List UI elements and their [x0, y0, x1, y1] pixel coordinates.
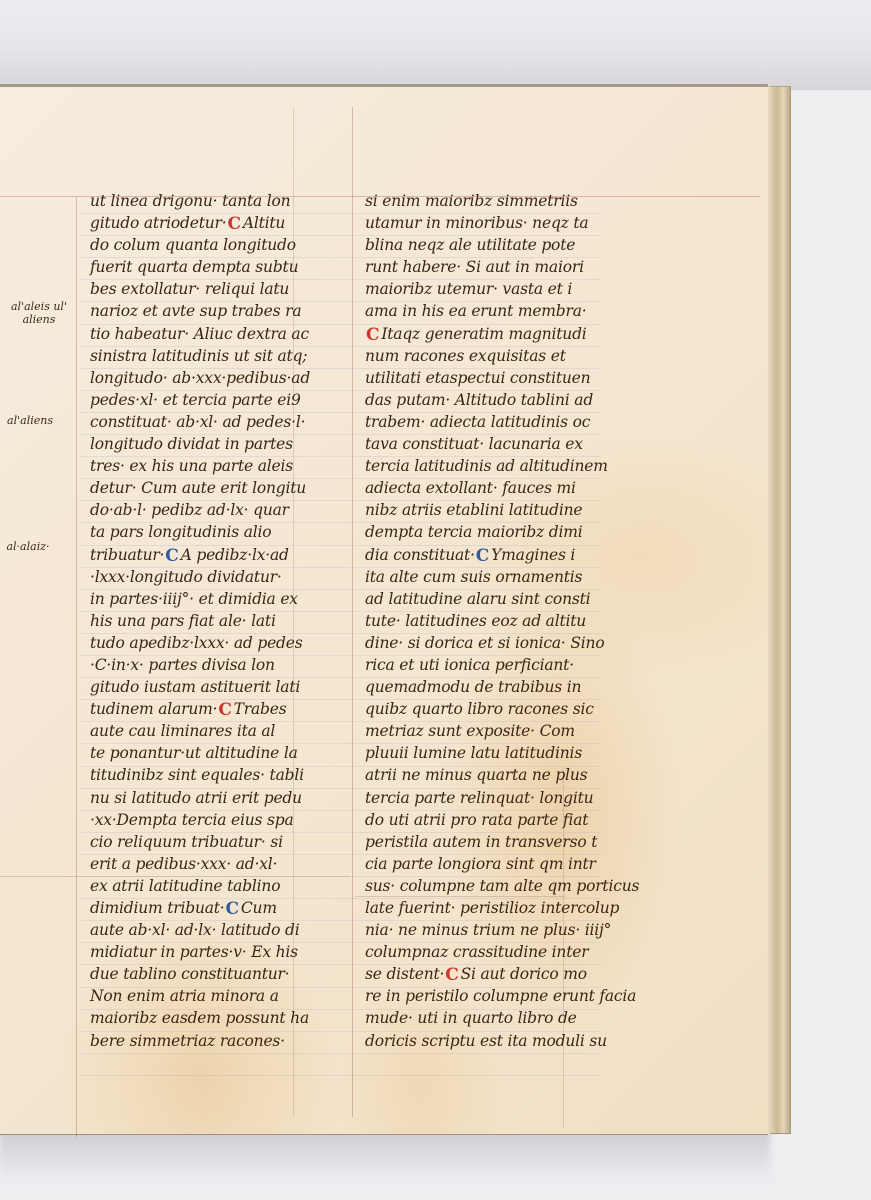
text-segment: ·lxxx·longitudo dividatur· [90, 568, 282, 586]
rubricated-initial-paragraph-mark: C [218, 699, 231, 721]
ruling-line-col2-left [352, 107, 353, 1117]
text-segment: nu si latitudo atrii erit pedu [90, 789, 302, 807]
text-segment: quibz quarto libro racones sic [365, 700, 594, 718]
text-line: late fuerint· peristilioz intercolup [365, 897, 600, 919]
text-line: utilitati etaspectui constituen [365, 367, 600, 389]
text-segment: dempta tercia maioribz dimi [365, 523, 582, 541]
text-segment: rica et uti ionica perficiant· [365, 656, 574, 674]
text-segment: in partes·iiij°· et dimidia ex [90, 590, 298, 608]
text-line: ta pars longitudinis alio [90, 521, 300, 543]
text-segment: tute· latitudines eoz ad altitu [365, 612, 586, 630]
text-segment: tribuatur· [90, 546, 164, 564]
text-segment: narioz et avte sup trabes ra [90, 302, 301, 320]
text-segment: longitudo· ab·xxx·pedibus·ad [90, 369, 310, 387]
text-segment: tercia latitudinis ad altitudinem [365, 457, 608, 475]
margin-note: al'aliens [0, 414, 60, 427]
text-line: detur· Cum aute erit longitu [90, 477, 300, 499]
text-line: sus· columpne tam alte qm porticus [365, 875, 600, 897]
text-line: nia· ne minus trium ne plus· iiij° [365, 919, 600, 941]
text-segment: quemadmodu de trabibus in [365, 678, 581, 696]
text-segment: ·C·in·x· partes divisa lon [90, 656, 275, 674]
text-line: dempta tercia maioribz dimi [365, 521, 600, 543]
text-line: dimidium tribuat·CCum [90, 897, 300, 919]
text-column-right: si enim maioribz simmetriisutamur in min… [365, 190, 600, 1052]
text-segment: Si aut dorico mo [461, 965, 587, 983]
text-segment: das putam· Altitudo tablini ad [365, 391, 593, 409]
text-segment: his una pars fiat ale· lati [90, 612, 276, 630]
text-line: ita alte cum suis ornamentis [365, 566, 600, 588]
text-segment: maioribz easdem possunt ha [90, 1009, 309, 1027]
text-segment: nibz atriis etablini latitudine [365, 501, 582, 519]
text-line: do colum quanta longitudo [90, 234, 300, 256]
margin-note-line: al'aliens [7, 414, 53, 427]
text-column-left: ut linea drigonu· tanta longitudo atriod… [90, 190, 300, 1052]
margin-note-line: al·alaiz· [6, 540, 49, 553]
rubricated-initial-paragraph-mark: C [476, 545, 489, 567]
text-segment: aute ab·xl· ad·lx· latitudo di [90, 921, 300, 939]
text-segment: ex atrii latitudine tablino [90, 877, 280, 895]
text-segment: mude· uti in quarto libro de [365, 1009, 577, 1027]
text-segment: bes extollatur· reliqui latu [90, 280, 289, 298]
text-line: fuerit quarta dempta subtu [90, 256, 300, 278]
text-line: num racones exquisitas et [365, 345, 600, 367]
text-line: pluuii lumine latu latitudinis [365, 742, 600, 764]
text-line: his una pars fiat ale· lati [90, 610, 300, 632]
text-line: das putam· Altitudo tablini ad [365, 389, 600, 411]
text-line: blina neqz ale utilitate pote [365, 234, 600, 256]
margin-note: al·alaiz· [0, 540, 56, 553]
text-segment: runt habere· Si aut in maiori [365, 258, 584, 276]
rubricated-initial-paragraph-mark: C [226, 898, 239, 920]
text-line: si enim maioribz simmetriis [365, 190, 600, 212]
text-line: se distent·CSi aut dorico mo [365, 963, 600, 985]
text-line: tudo apedibz·lxxx· ad pedes [90, 632, 300, 654]
text-line: metriaz sunt exposite· Com [365, 720, 600, 742]
text-segment: bere simmetriaz racones· [90, 1032, 285, 1050]
text-segment: nia· ne minus trium ne plus· iiij° [365, 921, 611, 939]
photo-backdrop-top [0, 0, 871, 90]
text-line: quibz quarto libro racones sic [365, 698, 600, 720]
text-line: sinistra latitudinis ut sit atq; [90, 345, 300, 367]
text-segment: tio habeatur· Aliuc dextra ac [90, 325, 309, 343]
text-line: columpnaz crassitudine inter [365, 941, 600, 963]
margin-note: al'aleis ul' aliens [4, 300, 74, 326]
text-line: te ponantur·ut altitudine la [90, 742, 300, 764]
text-segment: aute cau liminares ita al [90, 722, 275, 740]
text-line: rica et uti ionica perficiant· [365, 654, 600, 676]
text-segment: do·ab·l· pedibz ad·lx· quar [90, 501, 289, 519]
text-line: bere simmetriaz racones· [90, 1030, 300, 1052]
rubricated-initial-paragraph-mark: C [366, 324, 379, 346]
margin-note-line: al'aleis ul' [11, 300, 67, 313]
text-segment: blina neqz ale utilitate pote [365, 236, 575, 254]
text-segment: ad latitudine alaru sint consti [365, 590, 590, 608]
text-line: tribuatur·CA pedibz·lx·ad [90, 544, 300, 566]
text-segment: te ponantur·ut altitudine la [90, 744, 298, 762]
text-line: cio reliquum tribuatur· si [90, 831, 300, 853]
text-line: maioribz easdem possunt ha [90, 1007, 300, 1029]
text-line: runt habere· Si aut in maiori [365, 256, 600, 278]
text-segment: midiatur in partes·v· Ex his [90, 943, 298, 961]
text-line: Non enim atria minora a [90, 985, 300, 1007]
text-segment: ama in his ea erunt membra· [365, 302, 587, 320]
text-line: cia parte longiora sint qm intr [365, 853, 600, 875]
text-line: nu si latitudo atrii erit pedu [90, 787, 300, 809]
text-line: gitudo atriodetur·CAltitu [90, 212, 300, 234]
text-segment: gitudo atriodetur· [90, 214, 226, 232]
text-segment: fuerit quarta dempta subtu [90, 258, 298, 276]
text-segment: si enim maioribz simmetriis [365, 192, 578, 210]
text-segment: tudo apedibz·lxxx· ad pedes [90, 634, 303, 652]
text-line: tercia latitudinis ad altitudinem [365, 455, 600, 477]
text-line: ·C·in·x· partes divisa lon [90, 654, 300, 676]
rubricated-initial-paragraph-mark: C [227, 213, 240, 235]
text-line: tio habeatur· Aliuc dextra ac [90, 323, 300, 345]
text-segment: pedes·xl· et tercia parte ei9 [90, 391, 301, 409]
text-line: utamur in minoribus· neqz ta [365, 212, 600, 234]
text-line: bes extollatur· reliqui latu [90, 278, 300, 300]
text-segment: late fuerint· peristilioz intercolup [365, 899, 619, 917]
text-segment: cio reliquum tribuatur· si [90, 833, 283, 851]
rubricated-initial-paragraph-mark: C [445, 964, 458, 986]
text-segment: ita alte cum suis ornamentis [365, 568, 582, 586]
text-segment: Cum [241, 899, 277, 917]
text-line: peristila autem in transverso t [365, 831, 600, 853]
text-segment: Ymagines i [491, 546, 575, 564]
text-segment: due tablino constituantur· [90, 965, 289, 983]
text-segment: A pedibz·lx·ad [181, 546, 289, 564]
text-line: atrii ne minus quarta ne plus [365, 764, 600, 786]
text-line: titudinibz sint equales· tabli [90, 764, 300, 786]
text-line: ex atrii latitudine tablino [90, 875, 300, 897]
rubricated-initial-paragraph-mark: C [165, 545, 178, 567]
text-line: maioribz utemur· vasta et i [365, 278, 600, 300]
text-segment: pluuii lumine latu latitudinis [365, 744, 582, 762]
text-segment: erit a pedibus·xxx· ad·xl· [90, 855, 277, 873]
text-segment: detur· Cum aute erit longitu [90, 479, 306, 497]
text-line: tudinem alarum·CTrabes [90, 698, 300, 720]
text-line: gitudo iustam astituerit lati [90, 676, 300, 698]
text-line: ut linea drigonu· tanta lon [90, 190, 300, 212]
text-segment: se distent· [365, 965, 444, 983]
text-line: doricis scriptu est ita moduli su [365, 1030, 600, 1052]
text-segment: peristila autem in transverso t [365, 833, 597, 851]
text-segment: do colum quanta longitudo [90, 236, 296, 254]
text-segment: gitudo iustam astituerit lati [90, 678, 300, 696]
text-line: dine· si dorica et si ionica· Sino [365, 632, 600, 654]
text-segment: utilitati etaspectui constituen [365, 369, 590, 387]
text-segment: dine· si dorica et si ionica· Sino [365, 634, 604, 652]
text-line: longitudo· ab·xxx·pedibus·ad [90, 367, 300, 389]
text-segment: sinistra latitudinis ut sit atq; [90, 347, 307, 365]
text-segment: utamur in minoribus· neqz ta [365, 214, 588, 232]
text-line: ·lxxx·longitudo dividatur· [90, 566, 300, 588]
text-line: adiecta extollant· fauces mi [365, 477, 600, 499]
text-segment: ·xx·Dempta tercia eius spa [90, 811, 293, 829]
text-segment: cia parte longiora sint qm intr [365, 855, 596, 873]
text-segment: do uti atrii pro rata parte fiat [365, 811, 588, 829]
text-line: tute· latitudines eoz ad altitu [365, 610, 600, 632]
text-line: trabem· adiecta latitudinis oc [365, 411, 600, 433]
text-segment: constituat· ab·xl· ad pedes·l· [90, 413, 305, 431]
text-segment: dia constituat· [365, 546, 475, 564]
ruling-row-line [80, 1075, 600, 1076]
text-segment: titudinibz sint equales· tabli [90, 766, 304, 784]
text-line: tercia parte relinquat· longitu [365, 787, 600, 809]
text-segment: tudinem alarum· [90, 700, 217, 718]
text-line: due tablino constituantur· [90, 963, 300, 985]
text-segment: metriaz sunt exposite· Com [365, 722, 575, 740]
text-line: in partes·iiij°· et dimidia ex [90, 588, 300, 610]
text-line: do uti atrii pro rata parte fiat [365, 809, 600, 831]
text-segment: Non enim atria minora a [90, 987, 279, 1005]
text-segment: dimidium tribuat· [90, 899, 225, 917]
text-segment: ut linea drigonu· tanta lon [90, 192, 290, 210]
text-segment: columpnaz crassitudine inter [365, 943, 588, 961]
ruling-row-line [80, 1053, 600, 1054]
text-segment: sus· columpne tam alte qm porticus [365, 877, 639, 895]
text-line: aute cau liminares ita al [90, 720, 300, 742]
text-line: re in peristilo columpne erunt facia [365, 985, 600, 1007]
text-segment: maioribz utemur· vasta et i [365, 280, 572, 298]
text-line: pedes·xl· et tercia parte ei9 [90, 389, 300, 411]
text-segment: tava constituat· lacunaria ex [365, 435, 583, 453]
text-segment: tres· ex his una parte aleis [90, 457, 293, 475]
text-segment: doricis scriptu est ita moduli su [365, 1032, 607, 1050]
text-segment: tercia parte relinquat· longitu [365, 789, 593, 807]
text-line: tres· ex his una parte aleis [90, 455, 300, 477]
text-line: ama in his ea erunt membra· [365, 300, 600, 322]
text-line: nibz atriis etablini latitudine [365, 499, 600, 521]
text-line: tava constituat· lacunaria ex [365, 433, 600, 455]
text-segment: ta pars longitudinis alio [90, 523, 271, 541]
text-segment: Itaqz generatim magnitudi [381, 325, 586, 343]
text-line: mude· uti in quarto libro de [365, 1007, 600, 1029]
text-line: midiatur in partes·v· Ex his [90, 941, 300, 963]
text-segment: num racones exquisitas et [365, 347, 566, 365]
text-segment: re in peristilo columpne erunt facia [365, 987, 636, 1005]
text-segment: longitudo dividat in partes [90, 435, 293, 453]
text-line: ·xx·Dempta tercia eius spa [90, 809, 300, 831]
text-line: CItaqz generatim magnitudi [365, 323, 600, 345]
text-segment: atrii ne minus quarta ne plus [365, 766, 587, 784]
text-line: aute ab·xl· ad·lx· latitudo di [90, 919, 300, 941]
text-line: erit a pedibus·xxx· ad·xl· [90, 853, 300, 875]
text-line: do·ab·l· pedibz ad·lx· quar [90, 499, 300, 521]
ruling-line-left-margin [76, 197, 77, 1137]
text-line: quemadmodu de trabibus in [365, 676, 600, 698]
margin-note-line: aliens [23, 313, 56, 326]
text-line: constituat· ab·xl· ad pedes·l· [90, 411, 300, 433]
text-line: dia constituat·CYmagines i [365, 544, 600, 566]
text-segment: Trabes [234, 700, 287, 718]
text-segment: adiecta extollant· fauces mi [365, 479, 576, 497]
text-line: narioz et avte sup trabes ra [90, 300, 300, 322]
text-line: longitudo dividat in partes [90, 433, 300, 455]
text-line: ad latitudine alaru sint consti [365, 588, 600, 610]
text-segment: trabem· adiecta latitudinis oc [365, 413, 590, 431]
text-segment: Altitu [243, 214, 285, 232]
